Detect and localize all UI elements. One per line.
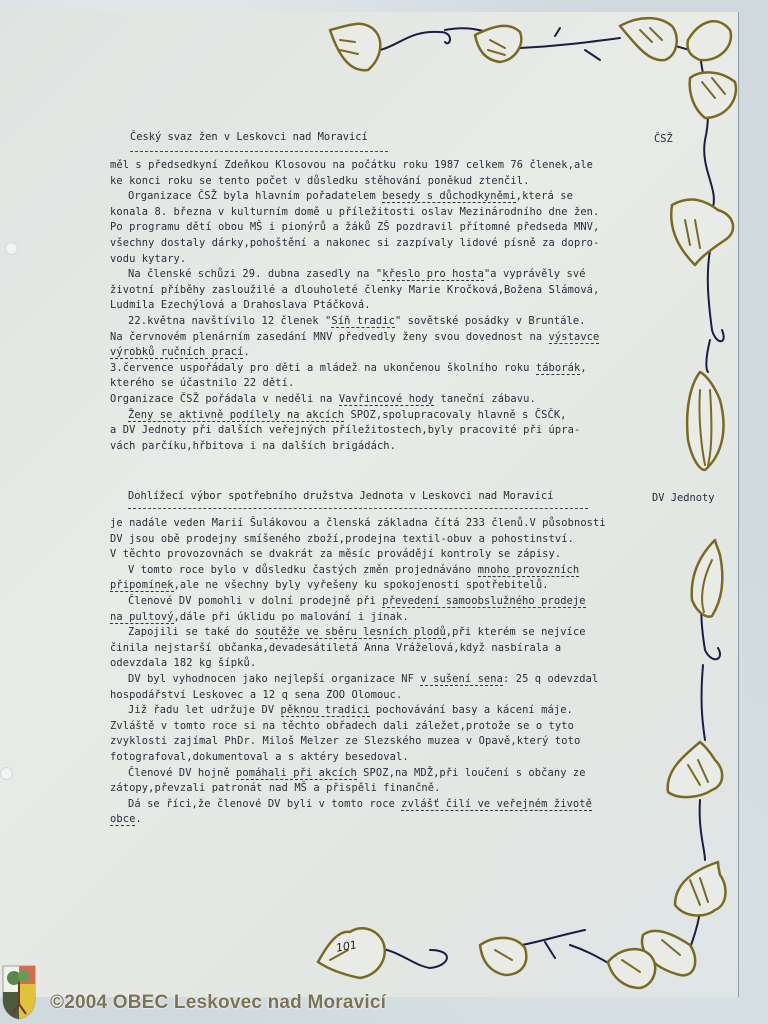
underlined-phrase: výstavce	[549, 331, 600, 344]
section-body-csz: měl s předsedkyní Zdeňkou Klosovou na po…	[110, 158, 599, 454]
text-line: zátopy,převzali patronát nad MŠ a přispě…	[110, 781, 606, 797]
text-line: vách parčíku,hřbitova i na dalších brigá…	[110, 439, 599, 455]
text-line: ke konci roku se tento počet v důsledku …	[110, 174, 599, 190]
text-line: vodu kytary.	[110, 252, 599, 268]
underlined-phrase: připomínek	[110, 579, 174, 592]
underlined-phrase: křeslo pro hosta	[382, 268, 484, 281]
footer-watermark: ©2004 OBEC Leskovec nad Moravicí	[0, 992, 768, 1024]
underlined-phrase: obce	[110, 813, 135, 826]
underlined-phrase: v sušení sena	[420, 673, 503, 686]
underlined-phrase: výrobků ručních prací	[110, 346, 243, 359]
text-line: činila nejstarší občanka,devadesátiletá …	[110, 641, 606, 657]
text-line: Dá se říci,že členové DV byli v tomto ro…	[110, 797, 606, 813]
text-line: fotografoval,dokumentoval a s aktéry bes…	[110, 750, 606, 766]
text-line: výrobků ručních prací.	[110, 345, 599, 361]
text-line: životní příběhy zasloužilé a dlouholeté …	[110, 283, 599, 299]
text-line: Organizace ČSŽ byla hlavním pořadatelem …	[110, 189, 599, 205]
title-underline	[130, 151, 388, 152]
section-title-csz: Český svaz žen v Leskovci nad Moravicí	[130, 131, 368, 143]
text-line: měl s předsedkyní Zdeňkou Klosovou na po…	[110, 158, 599, 174]
text-line: Členové DV hojně pomáhali při akcích SPO…	[110, 766, 606, 782]
underlined-phrase: soutěže ve sběru lesních plodů	[255, 626, 446, 639]
text-line: kterého se účastnilo 22 dětí.	[110, 376, 599, 392]
text-line: na pultový,dále při úklidu po malování i…	[110, 610, 606, 626]
copyright-text: ©2004 OBEC Leskovec nad Moravicí	[50, 992, 386, 1014]
text-line: 3.července uspořádaly pro děti a mládež …	[110, 361, 599, 377]
underlined-phrase: pomáhali při akcích	[236, 767, 357, 780]
text-line: Po programu dětí obou MŠ i pionýrů a žák…	[110, 220, 599, 236]
section-body-dv-jednoty: je nadále veden Marií Šulákovou a člensk…	[110, 516, 606, 828]
text-line: zvyklosti zajímal PhDr. Miloš Melzer ze …	[110, 734, 606, 750]
text-line: Zapojili se také do soutěže ve sběru les…	[110, 625, 606, 641]
text-line: Již řadu let udržuje DV pěknou tradici p…	[110, 703, 606, 719]
text-line: Organizace ČSŽ pořádala v neděli na Vavř…	[110, 392, 599, 408]
text-line: Ludmila Ezechýlová a Drahoslava Ptáčková…	[110, 298, 599, 314]
underlined-phrase: Ženy se aktivně podílely na akcích	[128, 409, 344, 422]
text-line: V těchto provozovnách se dvakrát za měsí…	[110, 547, 606, 563]
vine-border-decoration	[0, 0, 768, 1024]
text-line: a DV Jednoty při dalších veřejných příle…	[110, 423, 599, 439]
margin-label-csz: ČSŽ	[654, 133, 673, 145]
text-line: všechny dostaly dárky,pohoštění a nakone…	[110, 236, 599, 252]
underlined-phrase: mnoho provozních	[478, 564, 580, 577]
text-line: DV jsou obě prodejny smíšeného zboží,pro…	[110, 532, 606, 548]
text-line: hospodářství Leskovec a 12 q sena ZOO Ol…	[110, 688, 606, 704]
text-line: Členové DV pomohli v dolní prodejně při …	[110, 594, 606, 610]
text-line: Na členské schůzi 29. dubna zasedly na "…	[110, 267, 599, 283]
underlined-phrase: táborák	[536, 362, 581, 375]
underlined-phrase: na pultový	[110, 611, 174, 624]
text-line: připomínek,ale ne všechny byly vyřešeny …	[110, 578, 606, 594]
text-line: Ženy se aktivně podílely na akcích SPOZ,…	[110, 408, 599, 424]
underlined-phrase: převedení samoobslužného prodeje	[382, 595, 585, 608]
underlined-phrase: zvlášť čilí ve veřejném životě	[401, 798, 592, 811]
text-line: Zvláště v tomto roce si na těchto obřade…	[110, 719, 606, 735]
underlined-phrase: besedy s důchodkyněmi	[382, 190, 515, 203]
text-line: 22.května navštívilo 12 členek "Síň trad…	[110, 314, 599, 330]
text-line: obce.	[110, 812, 606, 828]
margin-label-dv-jednoty: DV Jednoty	[652, 492, 715, 504]
text-line: Na červnovém plenárním zasedání MNV před…	[110, 330, 599, 346]
underlined-phrase: Vavřincové hody	[339, 393, 434, 406]
underlined-phrase: Síň tradic	[331, 315, 395, 328]
municipal-crest-icon	[2, 964, 36, 1020]
text-line: DV byl vyhodnocen jako nejlepší organiza…	[110, 672, 606, 688]
text-line: V tomto roce bylo v důsledku častých změ…	[110, 563, 606, 579]
text-line: konala 8. března v kulturním domě u příl…	[110, 205, 599, 221]
text-line: odevzdala 182 kg šípků.	[110, 656, 606, 672]
section-title-dv-jednoty: Dohlížecí výbor spotřebního družstva Jed…	[128, 490, 553, 502]
underlined-phrase: pěknou tradici	[281, 704, 370, 717]
title-underline	[128, 508, 588, 509]
text-line: je nadále veden Marií Šulákovou a člensk…	[110, 516, 606, 532]
